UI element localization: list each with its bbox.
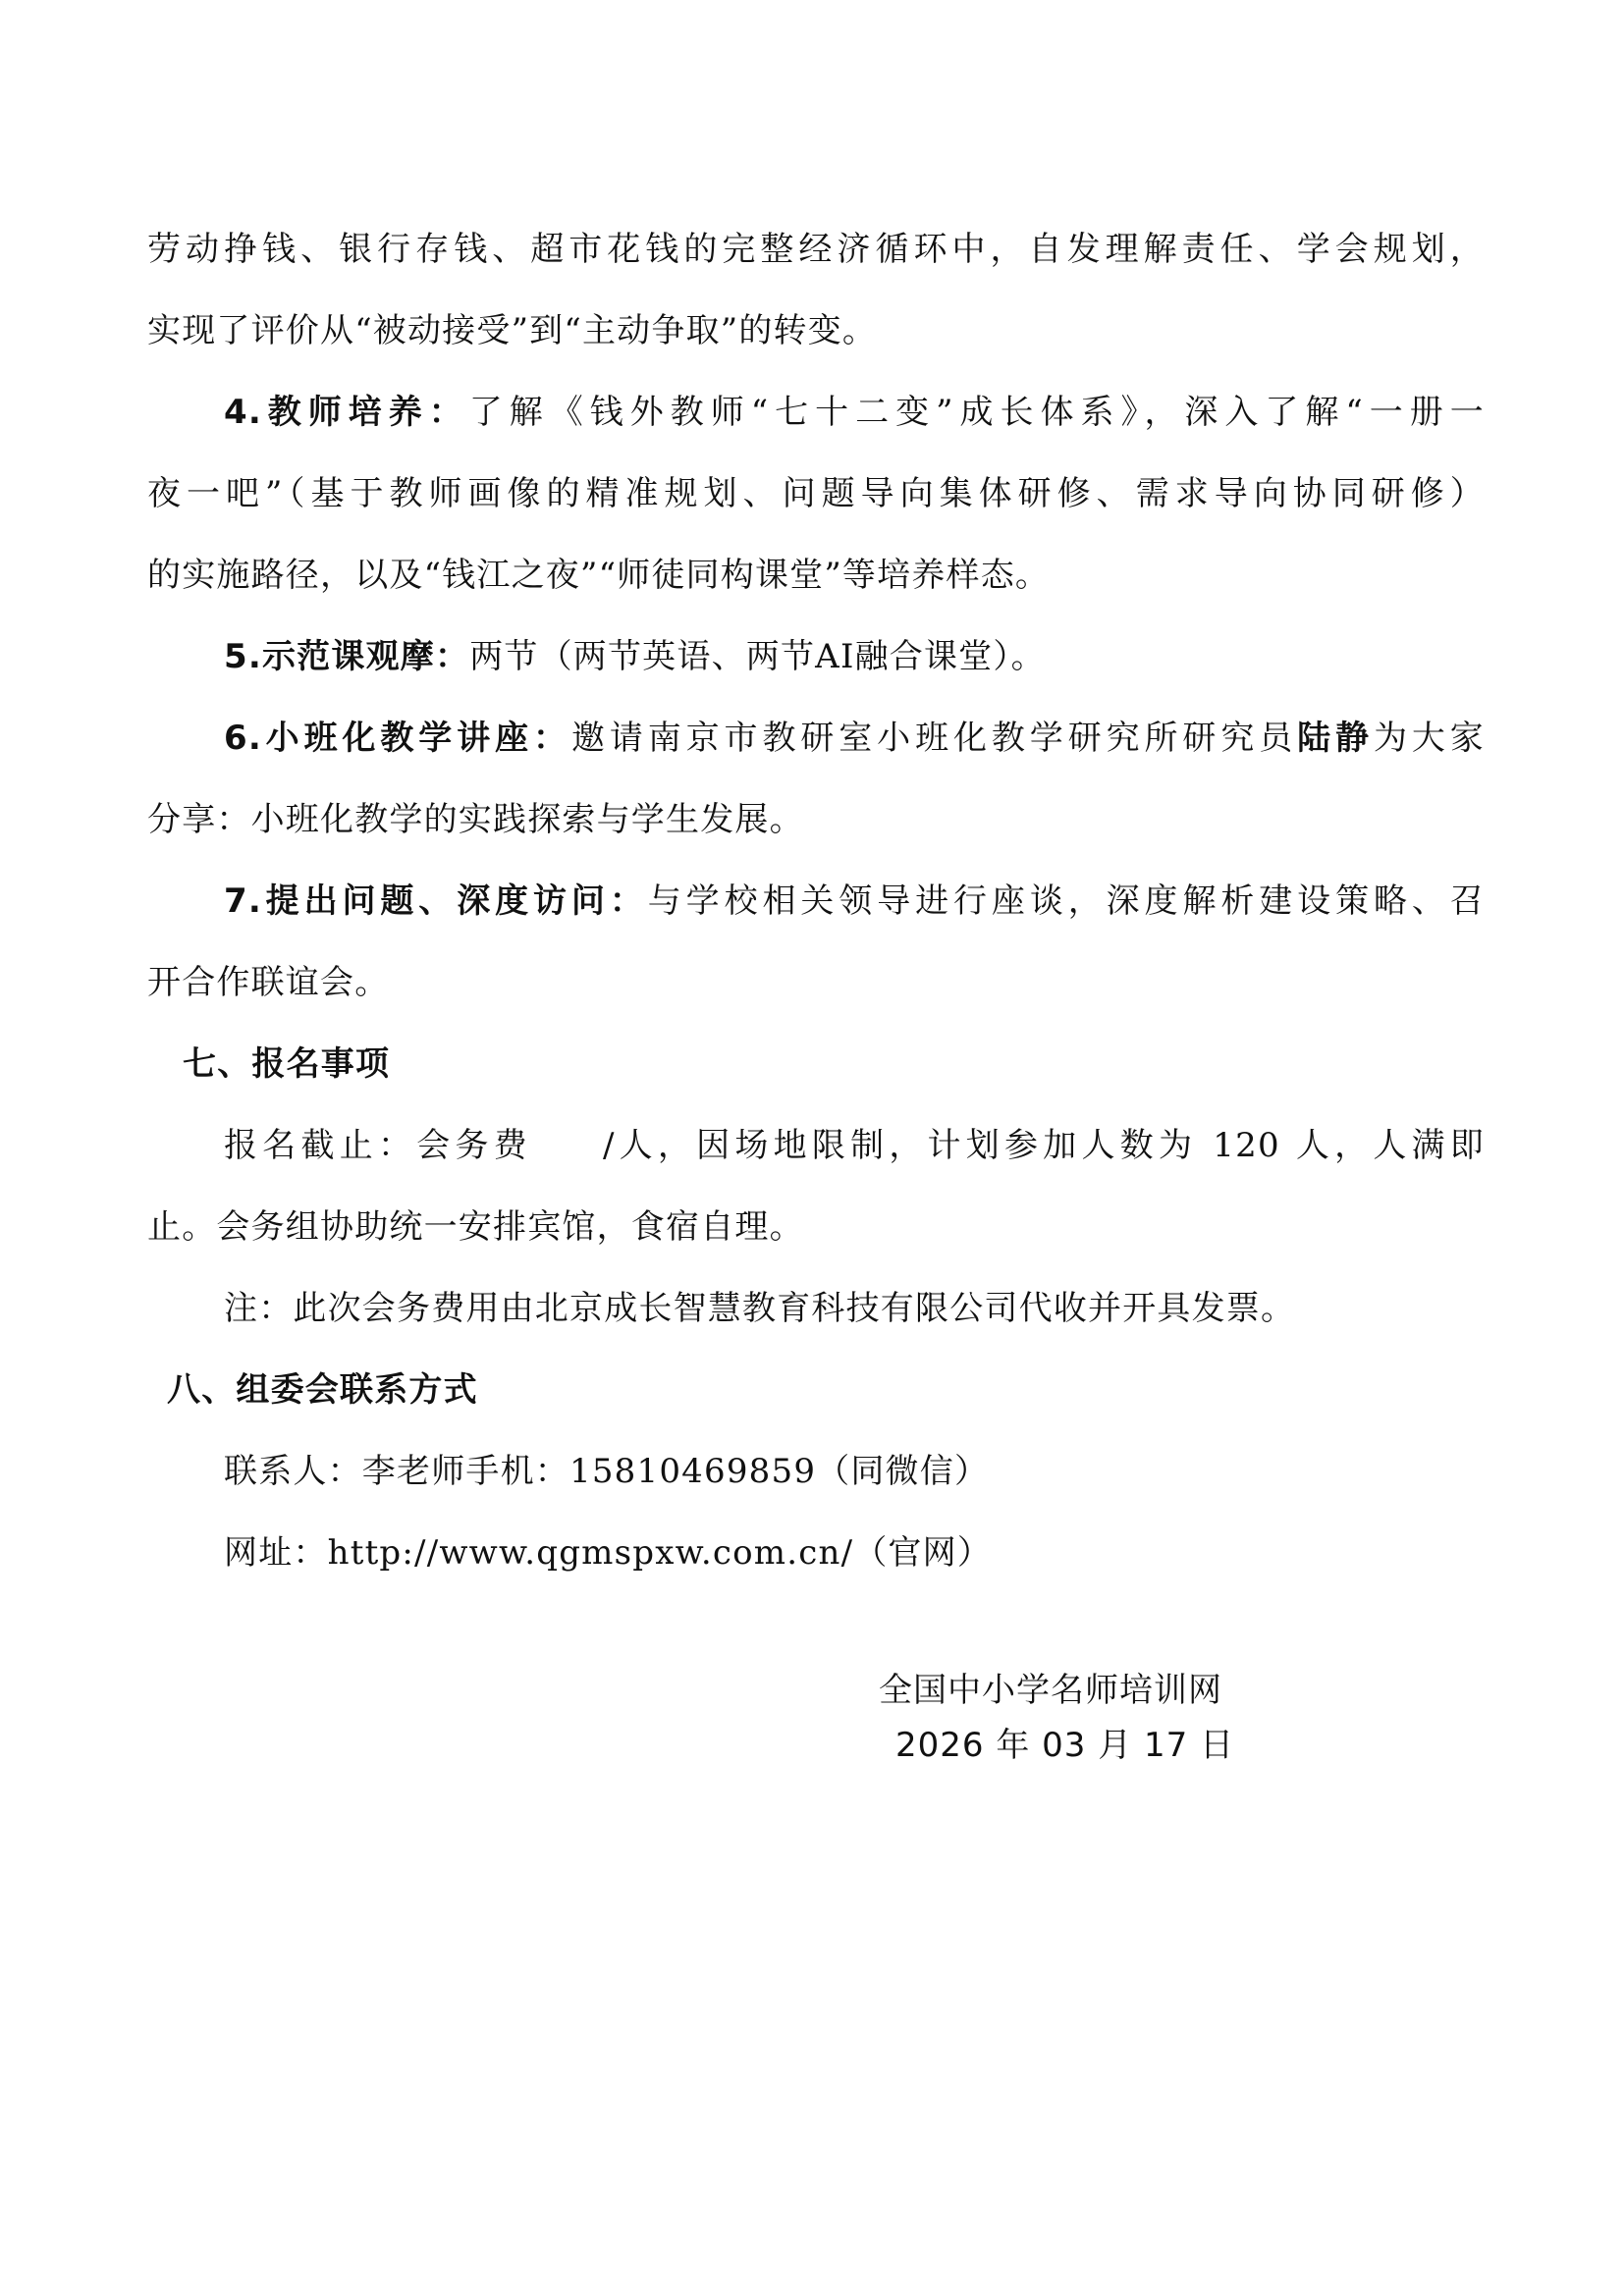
website-label: 网址： [224, 1533, 328, 1573]
intro-line-2: 实现了评价从“被动接受”到“主动争取”的转变。 [147, 309, 877, 352]
item-4-label: 4.教师培养： [224, 393, 469, 432]
registration-fee-label: 报名截止：会务费 [224, 1126, 532, 1165]
item-7-text: 与学校相关领导进行座谈，深度解析建设策略、召 [648, 881, 1485, 921]
website-suffix: （官网） [853, 1533, 992, 1573]
item-5-label: 5.示范课观摩： [224, 637, 469, 676]
item-6-line-1: 6.小班化教学讲座：邀请南京市教研室小班化教学研究所研究员陆静为大家 [224, 717, 1485, 760]
item-4-text: 了解《钱外教师“七十二变”成长体系》，深入了解“一册一 [469, 393, 1485, 432]
item-4-line-3: 的实施路径，以及“钱江之夜”“师徒同构课堂”等培养样态。 [147, 554, 1050, 597]
section-8-heading: 八、组委会联系方式 [167, 1368, 478, 1412]
signature-org: 全国中小学名师培训网 [879, 1669, 1222, 1712]
website-link[interactable]: http://www.qgmspxw.com.cn/ [328, 1533, 854, 1573]
item-5-line-1: 5.示范课观摩：两节（两节英语、两节AI融合课堂）。 [224, 635, 1046, 678]
website-line: 网址：http://www.qgmspxw.com.cn/（官网） [224, 1531, 992, 1575]
item-6-line-2: 分享：小班化教学的实践探索与学生发展。 [147, 798, 804, 841]
item-4-line-2: 夜一吧”（基于教师画像的精准规划、问题导向集体研修、需求导向协同研修） [147, 472, 1485, 515]
item-7-line-2: 开合作联谊会。 [147, 961, 389, 1004]
registration-line-1: 报名截止：会务费/人，因场地限制，计划参加人数为 120 人，人满即 [224, 1124, 1485, 1167]
item-6-text-pre: 邀请南京市教研室小班化教学研究所研究员 [571, 719, 1297, 758]
registration-line-2: 止。会务组协助统一安排宾馆，食宿自理。 [147, 1205, 804, 1249]
item-6-speaker-name: 陆静 [1297, 719, 1374, 758]
item-5-text: 两节（两节英语、两节AI融合课堂）。 [469, 637, 1046, 676]
registration-limit-text: /人，因场地限制，计划参加人数为 120 人，人满即 [603, 1126, 1485, 1165]
document-page: 劳动挣钱、银行存钱、超市花钱的完整经济循环中，自发理解责任、学会规划， 实现了评… [0, 0, 1624, 2296]
item-7-line-1: 7.提出问题、深度访问：与学校相关领导进行座谈，深度解析建设策略、召 [224, 880, 1485, 923]
item-4-line-1: 4.教师培养：了解《钱外教师“七十二变”成长体系》，深入了解“一册一 [224, 391, 1485, 434]
item-6-label: 6.小班化教学讲座： [224, 719, 571, 758]
invoice-note: 注：此次会务费用由北京成长智慧教育科技有限公司代收并开具发票。 [224, 1287, 1295, 1330]
section-7-heading: 七、报名事项 [183, 1042, 390, 1086]
intro-line-1: 劳动挣钱、银行存钱、超市花钱的完整经济循环中，自发理解责任、学会规划， [147, 228, 1485, 271]
contact-line: 联系人：李老师手机：15810469859（同微信） [224, 1450, 989, 1493]
item-7-label: 7.提出问题、深度访问： [224, 881, 648, 921]
signature-date: 2026 年 03 月 17 日 [895, 1724, 1234, 1767]
item-6-text-post: 为大家 [1374, 719, 1485, 758]
